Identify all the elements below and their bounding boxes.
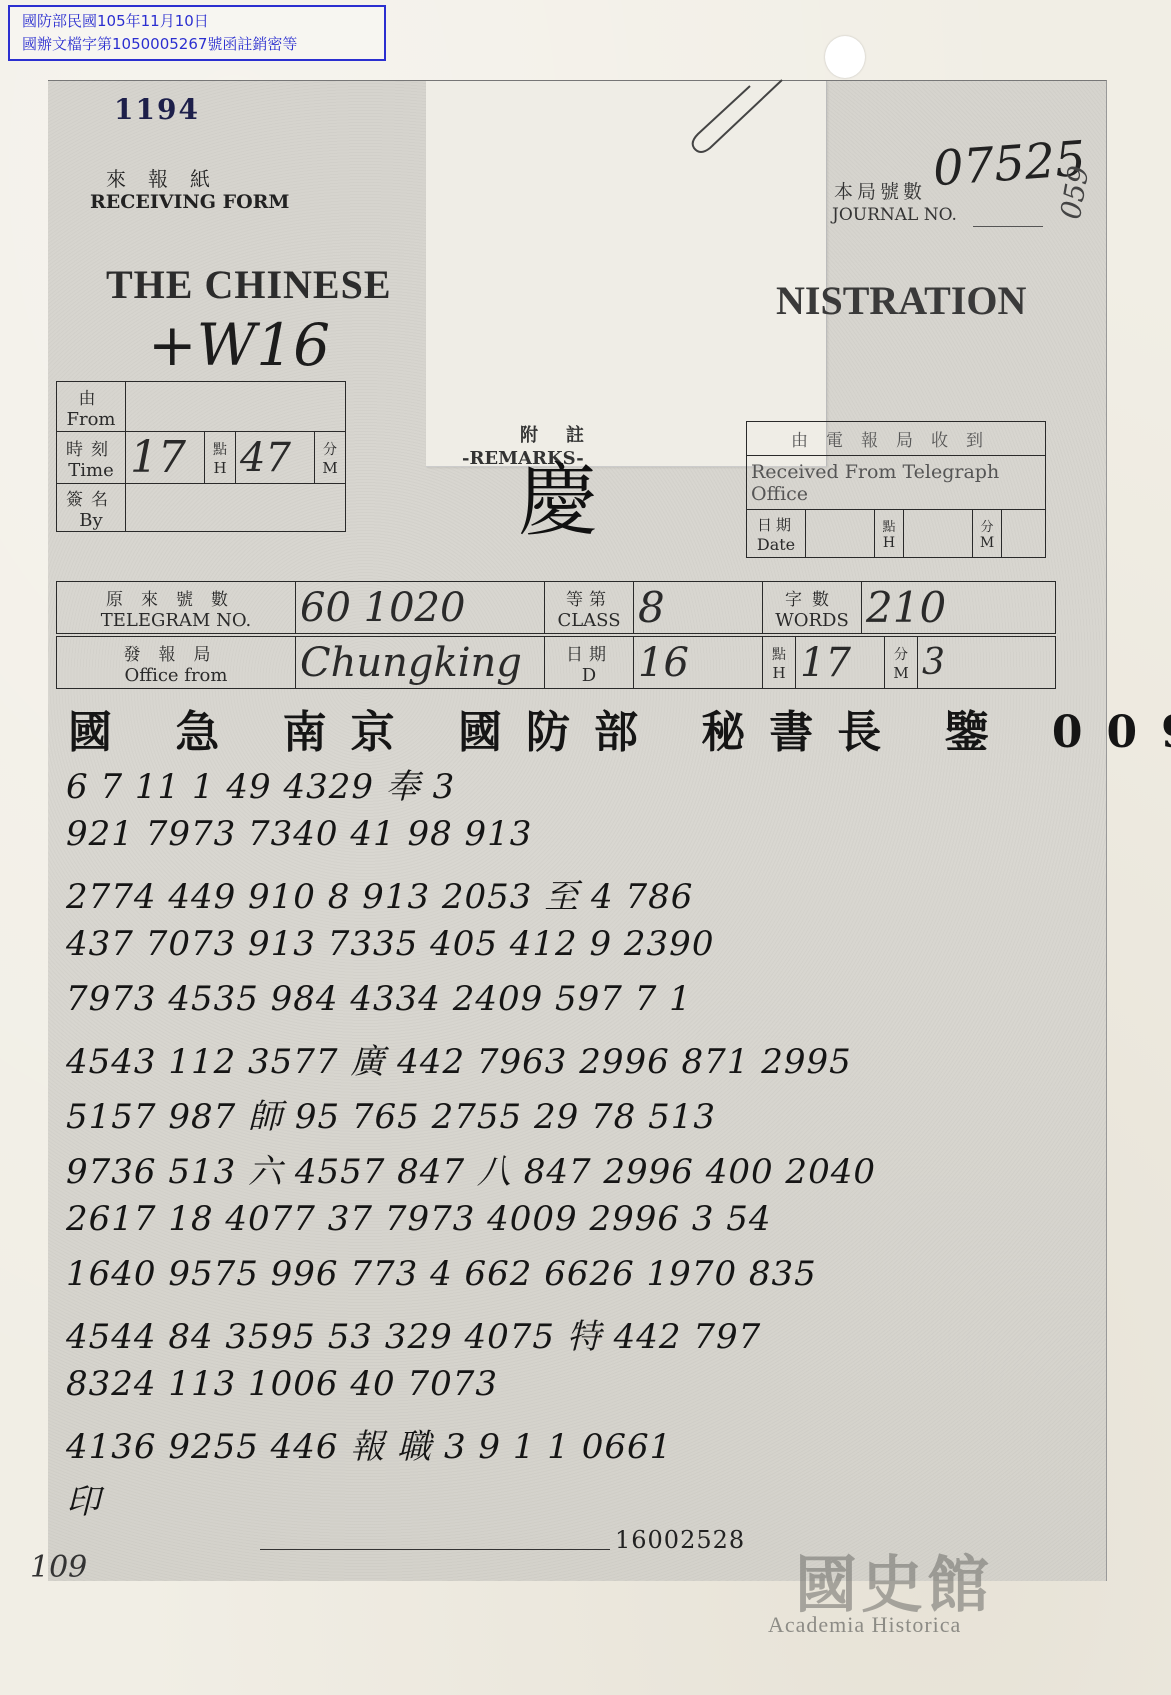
serial-number: 1194 [114,93,200,126]
declassification-stamp: 國防部民國105年11月10日 國辦文檔字第1050005267號函註銷密等 [8,5,386,61]
message-line-7: 4543 112 3577 廣 442 7963 2996 871 2995 [66,1034,852,1083]
received-from-office-table: 由電報局收到 Received From Telegraph Office 日期… [746,421,1046,558]
title-right-fragment: NISTRATION [776,277,1026,324]
minute-label-cell: 分 M [315,432,346,484]
message-line-1: 國 急 南京 國防部 秘書長 鑒 009 [68,696,1171,760]
received-minute-value [1002,510,1046,558]
origin-date-label: 日期 D [545,637,634,689]
received-label-en-cell: Received From Telegraph Office [747,456,1046,510]
origin-hour-label: 點 H [763,637,796,689]
message-line-12: 4544 84 3595 53 329 4075 特 442 797 [66,1309,761,1358]
minute-value: 47 [236,432,315,484]
from-handwritten: +W16 [148,311,330,379]
origin-date-value: 16 [634,637,763,689]
margin-note: 109 [30,1550,87,1585]
message-line-3: 921 7973 7340 41 98 913 [66,814,532,854]
class-value: 8 [634,582,763,634]
stamp-line-1: 國防部民國105年11月10日 [22,10,384,33]
message-line-11: 1640 9575 996 773 4 662 6626 1970 835 [66,1254,817,1294]
watermark-logo-zh: 國史館 [795,1535,993,1624]
message-line-14: 4136 9255 446 報 職 3 9 1 1 0661 [66,1419,672,1468]
paperclip-icon [690,78,790,158]
telegram-no-label: 原來號數 TELEGRAM NO. [57,582,296,634]
footer-line [260,1549,610,1550]
journal-number-line [973,226,1043,227]
received-hour-label: 點 H [875,510,904,558]
hour-label-cell: 點 H [205,432,236,484]
telegram-receiving-form: 1194 來報紙 RECEIVING FORM THE CHINESE NIST… [48,80,1107,1581]
remarks-handwritten: 慶 [518,436,598,551]
words-label: 字數 WORDS [763,582,862,634]
message-line-8: 5157 987 師 95 765 2755 29 78 513 [66,1089,716,1138]
time-label-cell: 時刻 Time [57,432,126,484]
journal-label-en: JOURNAL NO. [832,205,957,225]
stamp-line-2: 國辦文檔字第1050005267號函註銷密等 [22,33,384,56]
received-date-value [806,510,875,558]
origin-details-table: 發報局 Office from Chungking 日期 D 16 點 H 17… [56,636,1056,689]
message-line-6: 7973 4535 984 4334 2409 597 7 1 [66,979,692,1019]
words-value: 210 [862,582,1056,634]
hour-value: 17 [126,432,205,484]
message-line-10: 2617 18 4077 37 7973 4009 2996 3 54 [66,1199,772,1239]
by-label-cell: 簽名 By [57,484,126,532]
origin-hour-value: 17 [796,637,885,689]
form-name-zh: 來報紙 [106,163,232,192]
telegram-no-value: 60 1020 [296,582,545,634]
title-left-fragment: THE CHINESE [106,261,392,308]
office-from-label: 發報局 Office from [57,637,296,689]
class-label: 等第 CLASS [545,582,634,634]
message-line-2: 6 7 11 1 49 4329 奉 3 [66,759,455,808]
office-from-value: Chungking [296,637,545,689]
from-value-cell [126,382,346,432]
origin-minute-value: 3 [918,637,1056,689]
by-value-cell [126,484,346,532]
message-line-9: 9736 513 六 4557 847 八 847 2996 400 2040 [66,1144,876,1193]
received-hour-value [904,510,973,558]
received-label-zh-cell: 由電報局收到 [747,422,1046,456]
message-line-13: 8324 113 1006 40 7073 [66,1364,498,1404]
journal-label-zh: 本局號數 [834,177,926,204]
received-date-label: 日期 Date [747,510,806,558]
telegram-details-table: 原來號數 TELEGRAM NO. 60 1020 等第 CLASS 8 字數 … [56,581,1056,634]
message-line-15: 印 [66,1474,101,1523]
from-label-cell: 由 From [57,382,126,432]
from-time-by-table: 由 From 時刻 Time 17 點 H 47 分 M 簽名 B [56,381,346,532]
form-stock-number: 16002528 [615,1526,745,1554]
origin-minute-label: 分 M [885,637,918,689]
message-line-4: 2774 449 910 8 913 2053 至 4 786 [66,869,693,918]
message-line-5: 437 7073 913 7335 405 412 9 2390 [66,924,714,964]
punch-hole [825,36,865,78]
watermark-logo-en: Academia Historica [768,1612,961,1638]
received-minute-label: 分 M [973,510,1002,558]
form-name-en: RECEIVING FORM [90,191,289,213]
